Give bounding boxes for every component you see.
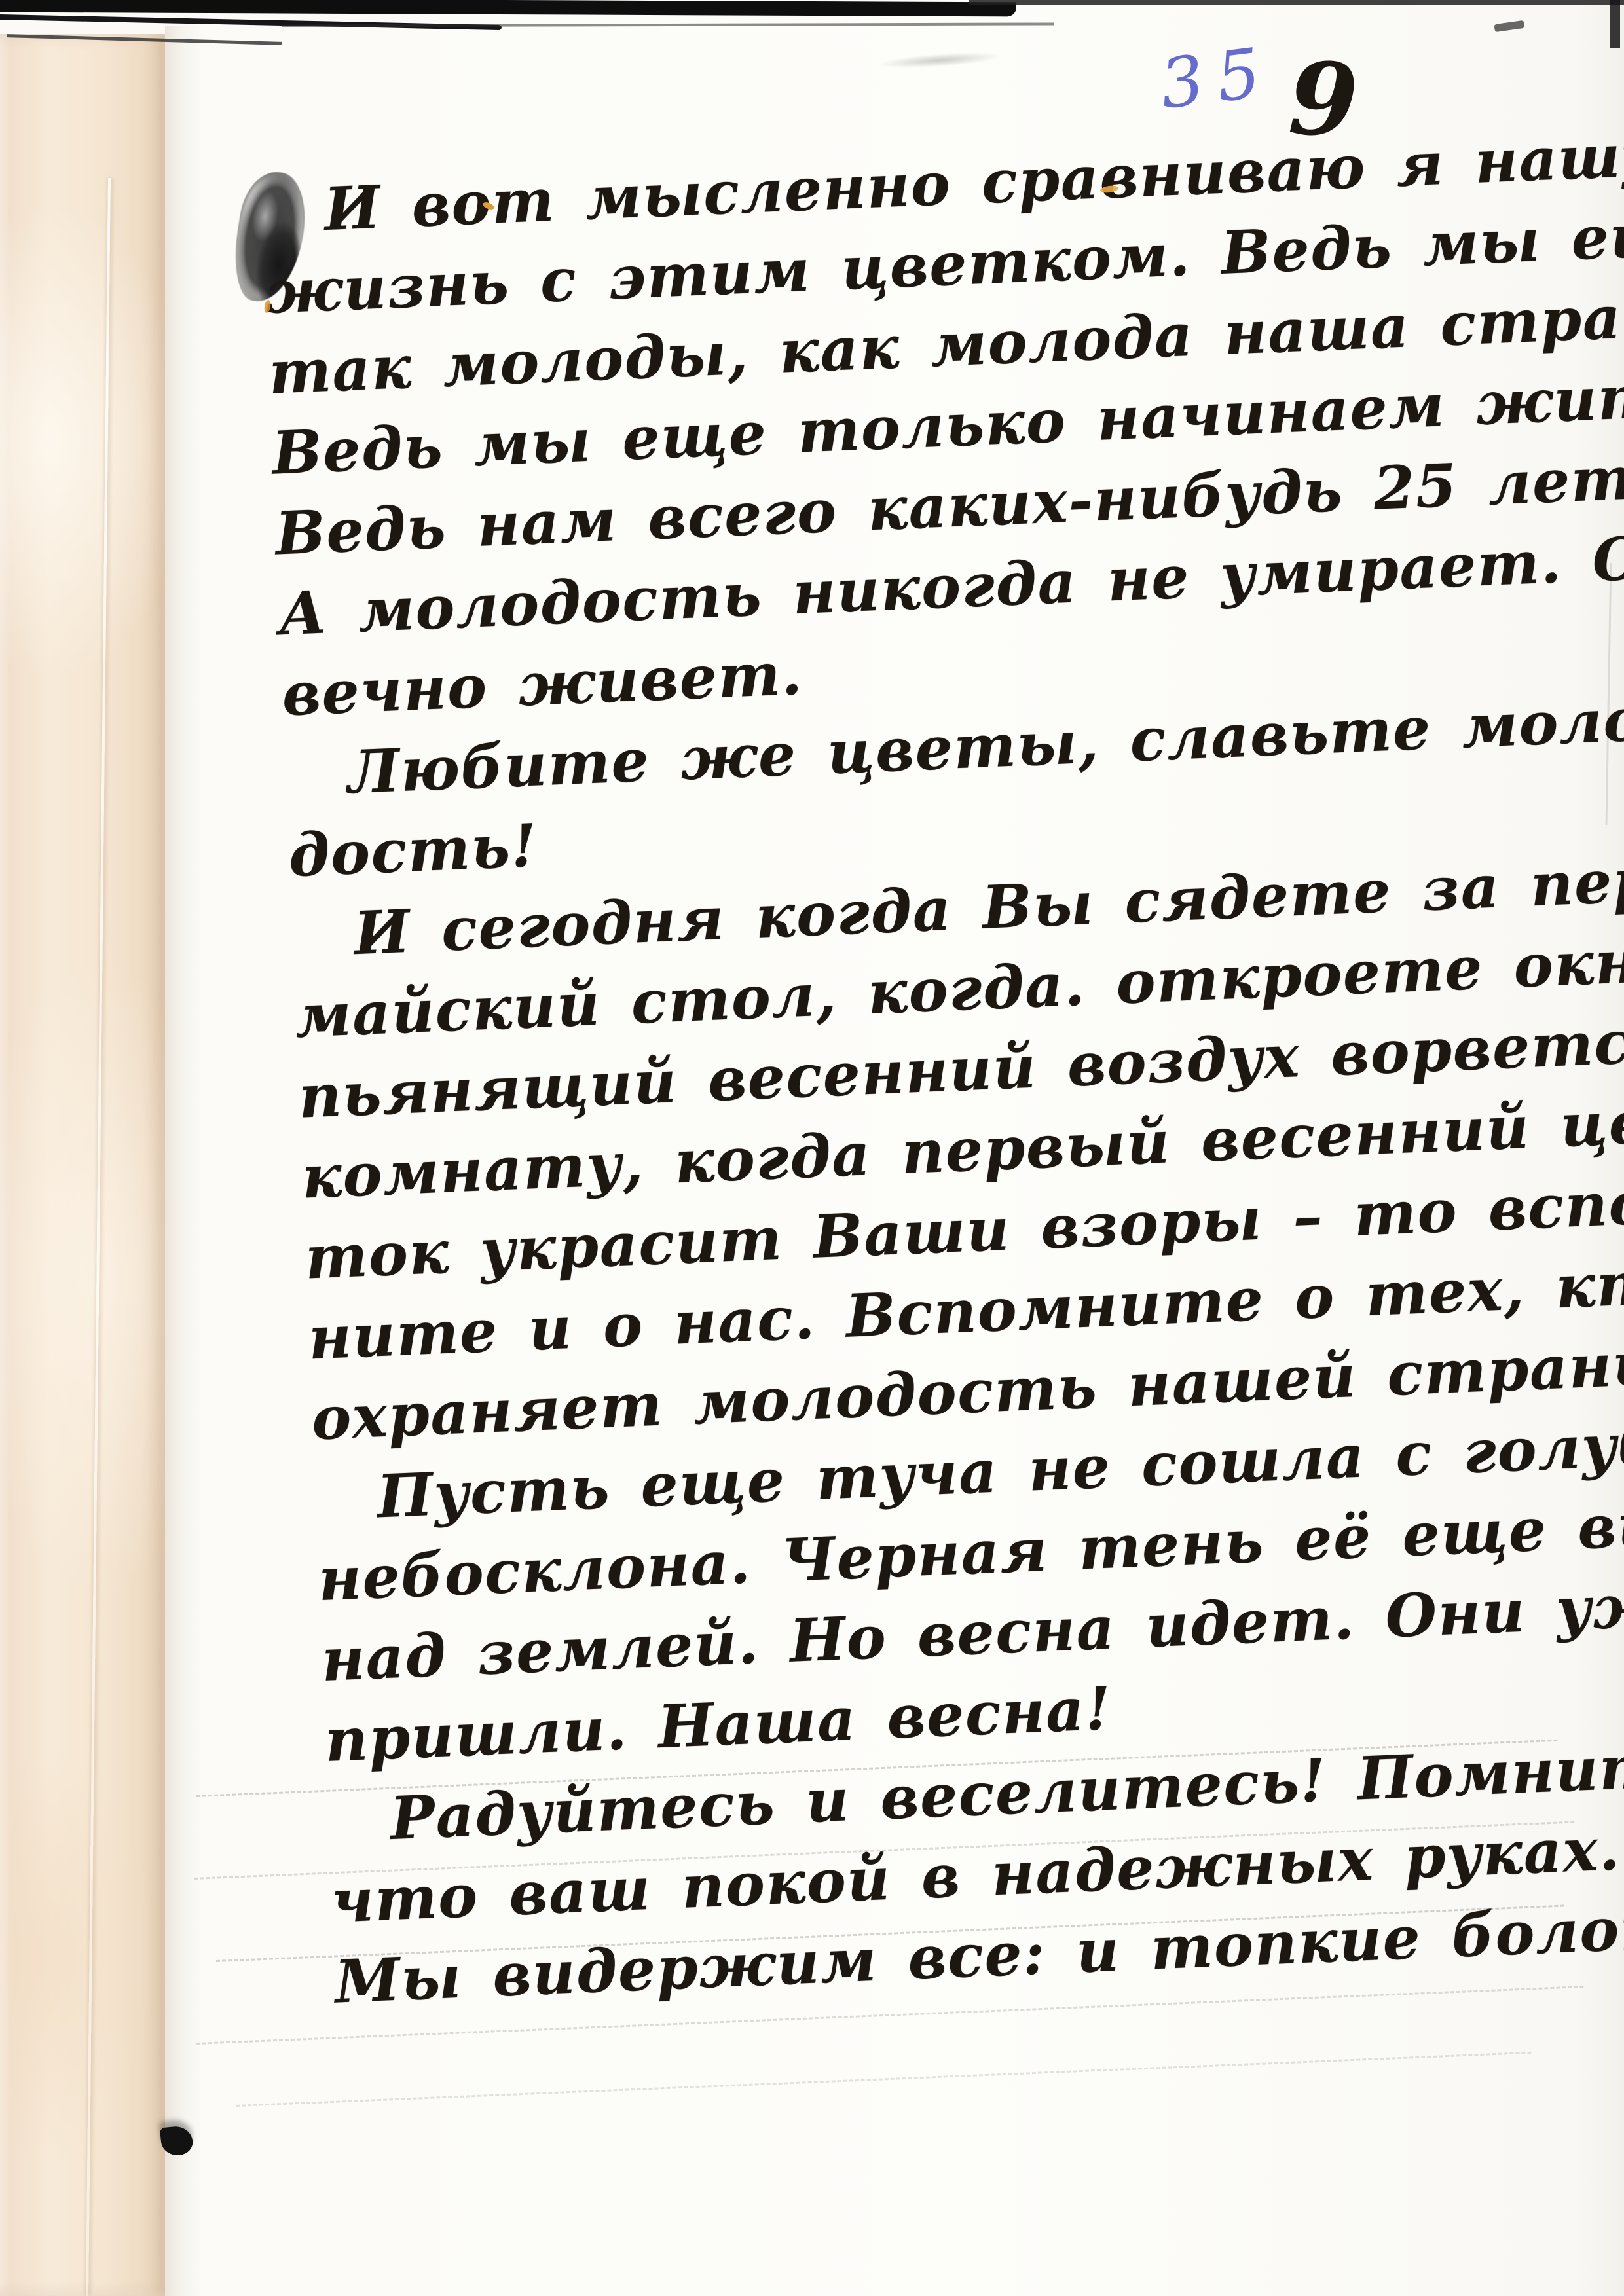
scanner-edge-mark bbox=[1610, 0, 1620, 48]
paragraph: И сегодня когда Вы сядете за перво-майск… bbox=[290, 842, 1624, 1459]
ink-smudge bbox=[1494, 20, 1524, 32]
paper-crease bbox=[86, 178, 111, 2296]
paragraph: И вот мысленно сравниваю я нашужизнь с э… bbox=[261, 118, 1606, 735]
page-edge-shadow bbox=[165, 26, 203, 2296]
scanner-edge-line bbox=[969, 0, 1624, 5]
ghost-rule-line bbox=[236, 2052, 1531, 2107]
scanned-letter-page: 35 9 И вот мысленно сравниваю я нашужизн… bbox=[0, 0, 1624, 2296]
archival-number-blue: 35 bbox=[1156, 31, 1278, 124]
handwritten-text: И вот мысленно сравниваю я нашужизнь с э… bbox=[261, 118, 1624, 2022]
scanner-edge-line bbox=[0, 14, 502, 30]
pencil-smudge bbox=[877, 49, 1003, 71]
backing-paper-strip bbox=[0, 34, 165, 2296]
scanner-edge-line bbox=[0, 0, 1016, 16]
paragraph: Пусть еще туча не сошла с голубогонебоск… bbox=[314, 1406, 1624, 1781]
